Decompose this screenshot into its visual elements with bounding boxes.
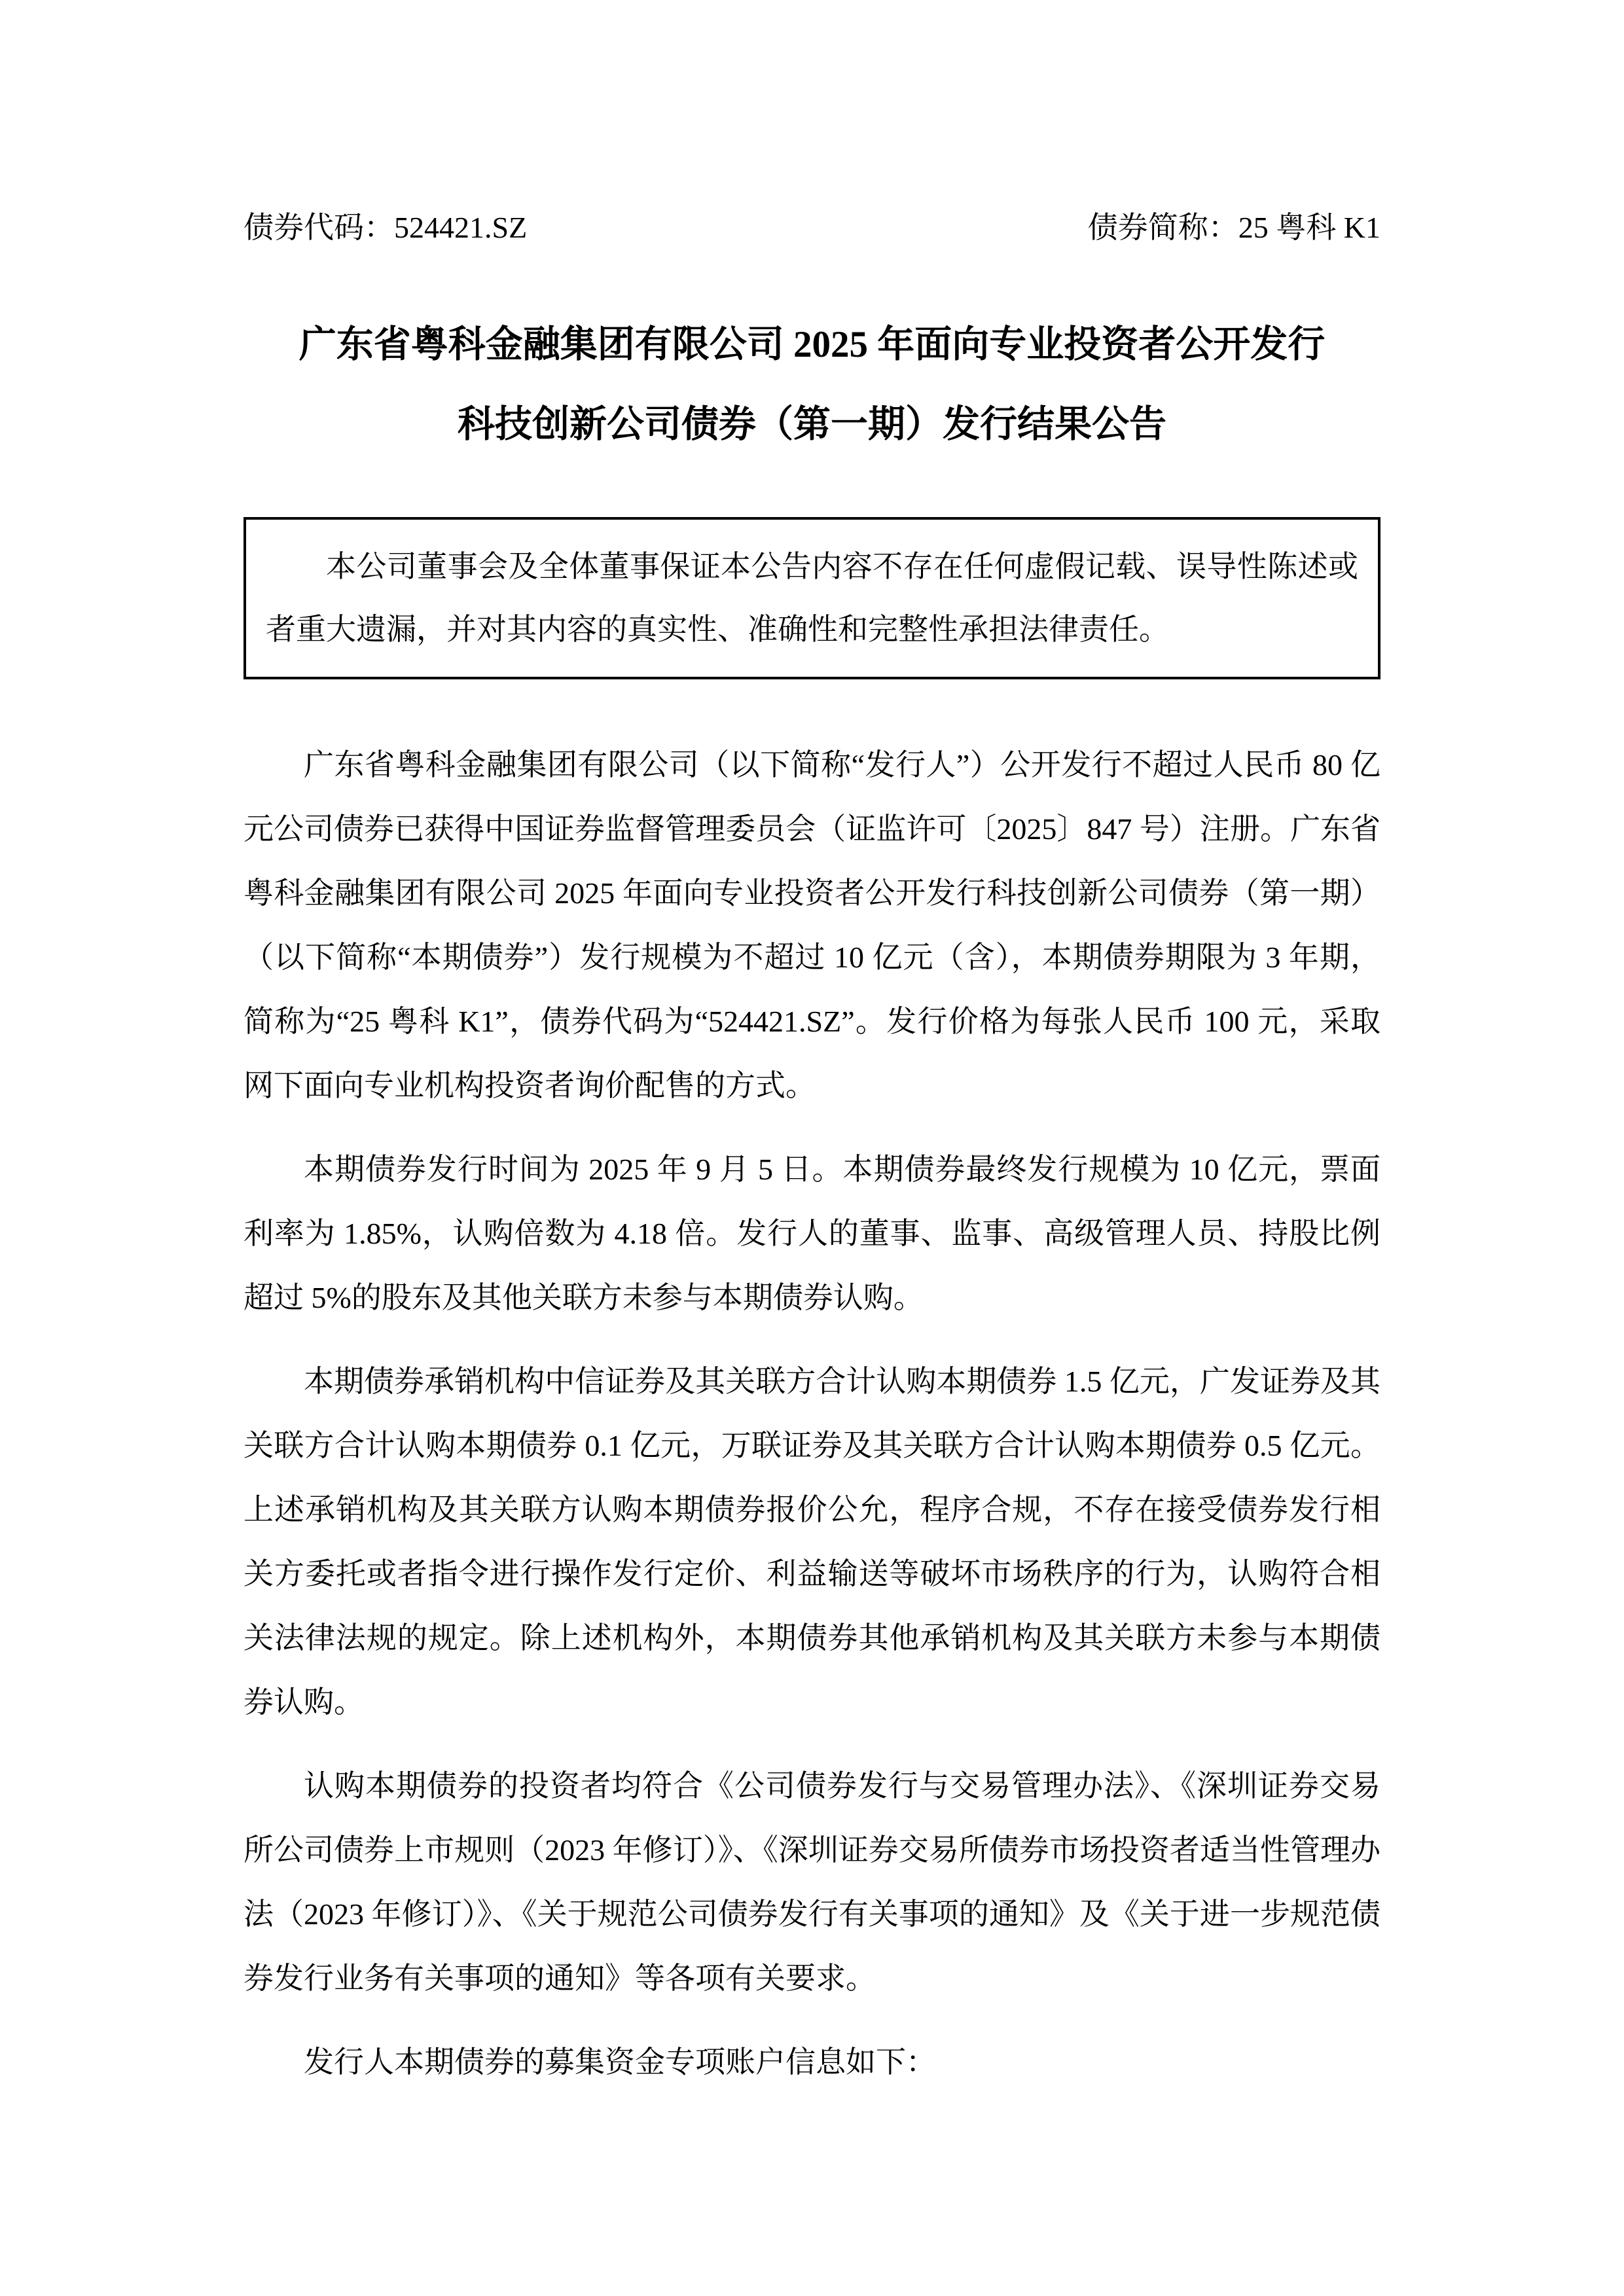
title-line-2: 科技创新公司债券（第一期）发行结果公告 [244, 385, 1380, 465]
document-header: 债券代码：524421.SZ 债券简称：25 粤科 K1 [244, 211, 1380, 245]
document-body: 广东省粤科金融集团有限公司（以下简称“发行人”）公开发行不超过人民币 80 亿元… [244, 733, 1380, 2094]
paragraph-underwriter-subscriptions: 本期债券承销机构中信证券及其关联方合计认购本期债券 1.5 亿元，广发证券及其关… [244, 1350, 1380, 1734]
bond-code-label: 债券代码：524421.SZ [244, 211, 527, 245]
bond-short-name-label: 债券简称：25 粤科 K1 [1088, 211, 1380, 245]
board-statement-box: 本公司董事会及全体董事保证本公告内容不存在任何虚假记载、误导性陈述或者重大遗漏，… [244, 517, 1380, 679]
document-title: 广东省粤科金融集团有限公司 2025 年面向专业投资者公开发行 科技创新公司债券… [244, 305, 1380, 465]
paragraph-proceeds-account-intro: 发行人本期债券的募集资金专项账户信息如下： [244, 2030, 1380, 2094]
paragraph-issuance-result: 本期债券发行时间为 2025 年 9 月 5 日。本期债券最终发行规模为 10 … [244, 1138, 1380, 1330]
document-page: 债券代码：524421.SZ 债券简称：25 粤科 K1 广东省粤科金融集团有限… [0, 0, 1624, 2296]
paragraph-registration-and-terms: 广东省粤科金融集团有限公司（以下简称“发行人”）公开发行不超过人民币 80 亿元… [244, 733, 1380, 1118]
paragraph-investor-compliance: 认购本期债券的投资者均符合《公司债券发行与交易管理办法》、《深圳证券交易所公司债… [244, 1754, 1380, 2011]
title-line-1: 广东省粤科金融集团有限公司 2025 年面向专业投资者公开发行 [244, 305, 1380, 385]
board-statement-text: 本公司董事会及全体董事保证本公告内容不存在任何虚假记载、误导性陈述或者重大遗漏，… [266, 535, 1358, 661]
